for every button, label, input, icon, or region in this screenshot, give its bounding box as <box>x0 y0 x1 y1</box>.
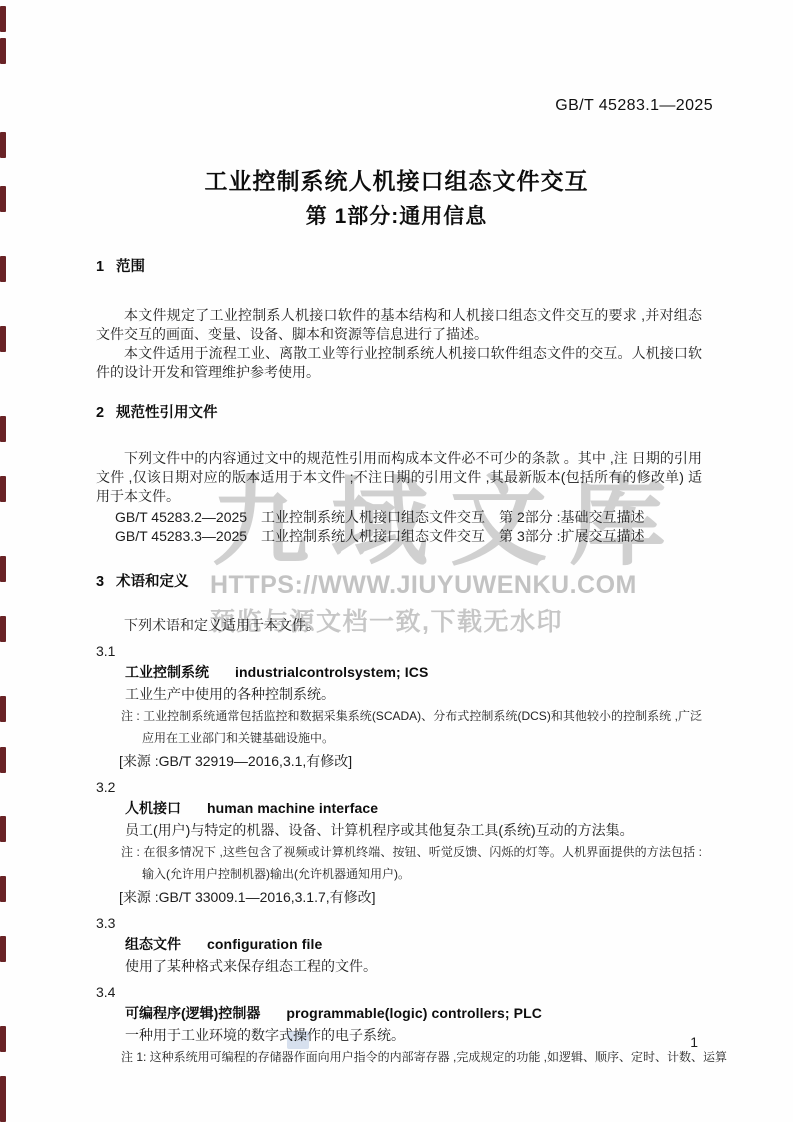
edge-mark <box>0 696 6 722</box>
normative-ref-1: GB/T 45283.2—2025 工业控制系统人机接口组态文件交互 第 2部分… <box>115 508 702 527</box>
edge-mark <box>0 476 6 502</box>
term-3-1-definition: 工业生产中使用的各种控制系统。 <box>125 684 702 704</box>
term-3-1-line: 工业控制系统industrialcontrolsystem; ICS <box>125 662 702 682</box>
section-3-title: 术语和定义 <box>116 574 189 590</box>
term-3-4-zh: 可编程序(逻辑)控制器 <box>125 1005 260 1021</box>
standard-code-header: GB/T 45283.1—2025 <box>555 97 713 115</box>
doc-title-line2: 第 1部分:通用信息 <box>0 204 793 230</box>
term-3-3-definition: 使用了某种格式来保存组态工程的文件。 <box>125 956 702 976</box>
scope-paragraph-2: 本文件适用于流程工业、离散工业等行业控制系统人机接口软件组态文件的交互。人机接口… <box>96 344 702 382</box>
edge-mark <box>0 936 6 962</box>
section-2-title: 规范性引用文件 <box>116 405 218 421</box>
section-1-number: 1 <box>96 258 116 277</box>
edge-mark <box>0 556 6 582</box>
normative-ref-list: GB/T 45283.2—2025 工业控制系统人机接口组态文件交互 第 2部分… <box>96 508 702 545</box>
normative-ref-2: GB/T 45283.3—2025 工业控制系统人机接口组态文件交互 第 3部分… <box>115 527 702 546</box>
term-3-3-zh: 组态文件 <box>125 936 181 952</box>
doc-title-line1: 工业控制系统人机接口组态文件交互 <box>0 167 793 195</box>
section-3-number: 3 <box>96 573 116 592</box>
term-3-3: 3.3 组态文件configuration file 使用了某种格式来保存组态工… <box>96 913 702 976</box>
term-3-4-line: 可编程序(逻辑)控制器programmable(logic) controlle… <box>125 1003 702 1023</box>
edge-mark <box>0 38 6 64</box>
term-3-2-definition: 员工(用户)与特定的机器、设备、计算机程序或其他复杂工具(系统)互动的方法集。 <box>125 820 702 840</box>
term-3-1-source: [来源 :GB/T 32919—2016,3.1,有修改] <box>119 751 702 771</box>
term-3-1-id: 3.1 <box>96 641 702 661</box>
edge-mark <box>0 816 6 842</box>
term-3-2-line: 人机接口human machine interface <box>125 798 702 818</box>
term-3-1-zh: 工业控制系统 <box>125 664 209 680</box>
section-2-heading: 2规范性引用文件 <box>96 404 702 423</box>
term-3-4-note: 注 1: 这种系统用可编程的存储器作面向用户指令的内部寄存器 ,完成规定的功能 … <box>121 1047 747 1069</box>
term-3-2-note: 注 : 在很多情况下 ,这些包含了视频或计算机终端、按钮、听觉反馈、闪烁的灯等。… <box>121 842 702 885</box>
section-1-heading: 1范围 <box>96 258 702 277</box>
page-number: 1 <box>690 1034 698 1050</box>
edge-mark <box>0 326 6 352</box>
term-3-1-en: industrialcontrolsystem; ICS <box>235 664 428 680</box>
edge-mark <box>0 256 6 282</box>
term-3-4-en: programmable(logic) controllers; PLC <box>286 1005 542 1021</box>
term-3-1: 3.1 工业控制系统industrialcontrolsystem; ICS 工… <box>96 641 702 771</box>
term-3-1-note: 注 : 工业控制系统通常包括监控和数据采集系统(SCADA)、分布式控制系统(D… <box>121 706 702 749</box>
term-3-3-en: configuration file <box>207 936 322 952</box>
term-3-3-id: 3.3 <box>96 913 702 933</box>
document-page: 九域文库 HTTPS://WWW.JIUYUWENKU.COM 预览与源文档一致… <box>0 0 793 1122</box>
term-3-2-en: human machine interface <box>207 800 378 816</box>
edge-mark <box>0 416 6 442</box>
normative-refs-paragraph: 下列文件中的内容通过文中的规范性引用而构成本文件必不可少的条款 。其中 ,注 日… <box>96 449 702 506</box>
term-3-3-line: 组态文件configuration file <box>125 934 702 954</box>
term-3-4-definition: 一种用于工业环境的数字式操作的电子系统。 <box>125 1025 702 1045</box>
section-1-title: 范围 <box>116 259 145 275</box>
term-3-2: 3.2 人机接口human machine interface 员工(用户)与特… <box>96 777 702 907</box>
scope-paragraph-1: 本文件规定了工业控制系人机接口软件的基本结构和人机接口组态文件交互的要求 ,并对… <box>96 306 702 344</box>
section-2-number: 2 <box>96 404 116 423</box>
edge-mark <box>0 747 6 773</box>
section-3-heading: 3术语和定义 <box>96 573 702 592</box>
doc-title: 工业控制系统人机接口组态文件交互 第 1部分:通用信息 <box>0 167 793 230</box>
term-3-2-zh: 人机接口 <box>125 800 181 816</box>
edge-mark <box>0 6 6 32</box>
edge-mark <box>0 1076 6 1122</box>
term-3-4-id: 3.4 <box>96 982 702 1002</box>
term-3-4: 3.4 可编程序(逻辑)控制器programmable(logic) contr… <box>96 982 702 1069</box>
edge-mark <box>0 132 6 158</box>
terms-intro: 下列术语和定义适用于本文件。 <box>96 616 702 635</box>
edge-mark <box>0 876 6 902</box>
document-body: 1范围 本文件规定了工业控制系人机接口软件的基本结构和人机接口组态文件交互的要求… <box>96 258 702 1069</box>
edge-mark <box>0 616 6 642</box>
term-3-2-id: 3.2 <box>96 777 702 797</box>
edge-mark <box>0 1026 6 1052</box>
term-3-2-source: [来源 :GB/T 33009.1—2016,3.1.7,有修改] <box>119 887 702 907</box>
